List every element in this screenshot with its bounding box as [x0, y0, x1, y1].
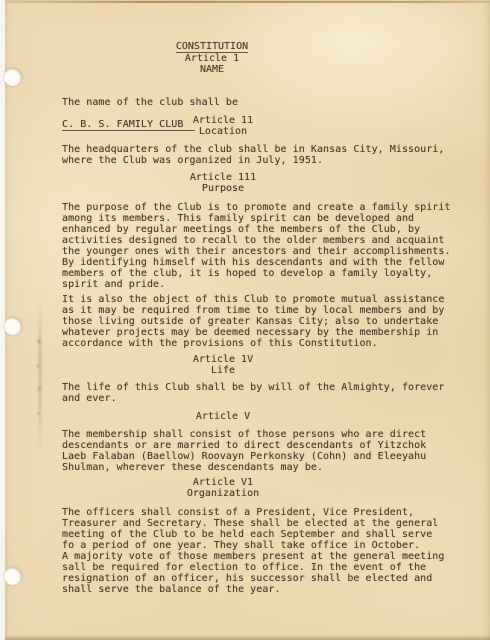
article-5-heading: Article V [62, 411, 384, 422]
punch-hole-bottom [4, 567, 22, 585]
article-6-subheading: Organization [62, 488, 384, 499]
typed-content: CONSTITUTION Article 1 NAME The name of … [0, 0, 490, 640]
article-2-subheading: Location [62, 126, 384, 137]
club-name-intro: The name of the club shall be [62, 97, 454, 108]
article-2-heading: Article 11 [62, 115, 384, 126]
article-6-body: The officers shall consist of a Presiden… [62, 507, 454, 595]
document-title-text: CONSTITUTION [176, 41, 248, 53]
punch-hole-top [4, 68, 22, 86]
article-4-heading-block: Article 1V Life [62, 354, 384, 376]
document-title: CONSTITUTION [62, 41, 362, 53]
document-title-block: CONSTITUTION Article 1 NAME [62, 41, 362, 75]
article-3-body-2: It is also the object of this Club to pr… [62, 294, 454, 349]
article-1-subheading: NAME [62, 64, 362, 75]
article-4-subheading: Life [62, 365, 384, 376]
scanned-document-page: CONSTITUTION Article 1 NAME The name of … [0, 0, 490, 640]
article-3-body: The purpose of the Club is to promote an… [62, 202, 454, 290]
article-4-heading: Article 1V [62, 354, 384, 365]
article-1-heading: Article 1 [62, 53, 362, 64]
punch-hole-middle [4, 317, 22, 335]
article-6-heading-block: Article V1 Organization [62, 477, 384, 499]
article-6-heading: Article V1 [62, 477, 384, 488]
article-4-body: The life of this Club shall be by will o… [62, 382, 454, 404]
article-3-heading: Article 111 [62, 172, 384, 183]
article-3-subheading: Purpose [62, 183, 384, 194]
article-2-body: The headquarters of the club shall be in… [62, 144, 454, 166]
article-2-heading-block: Article 11 Location [62, 115, 384, 137]
article-3-heading-block: Article 111 Purpose [62, 172, 384, 194]
article-5-heading-block: Article V [62, 411, 384, 422]
article-5-body: The membership shall consist of those pe… [62, 429, 454, 473]
